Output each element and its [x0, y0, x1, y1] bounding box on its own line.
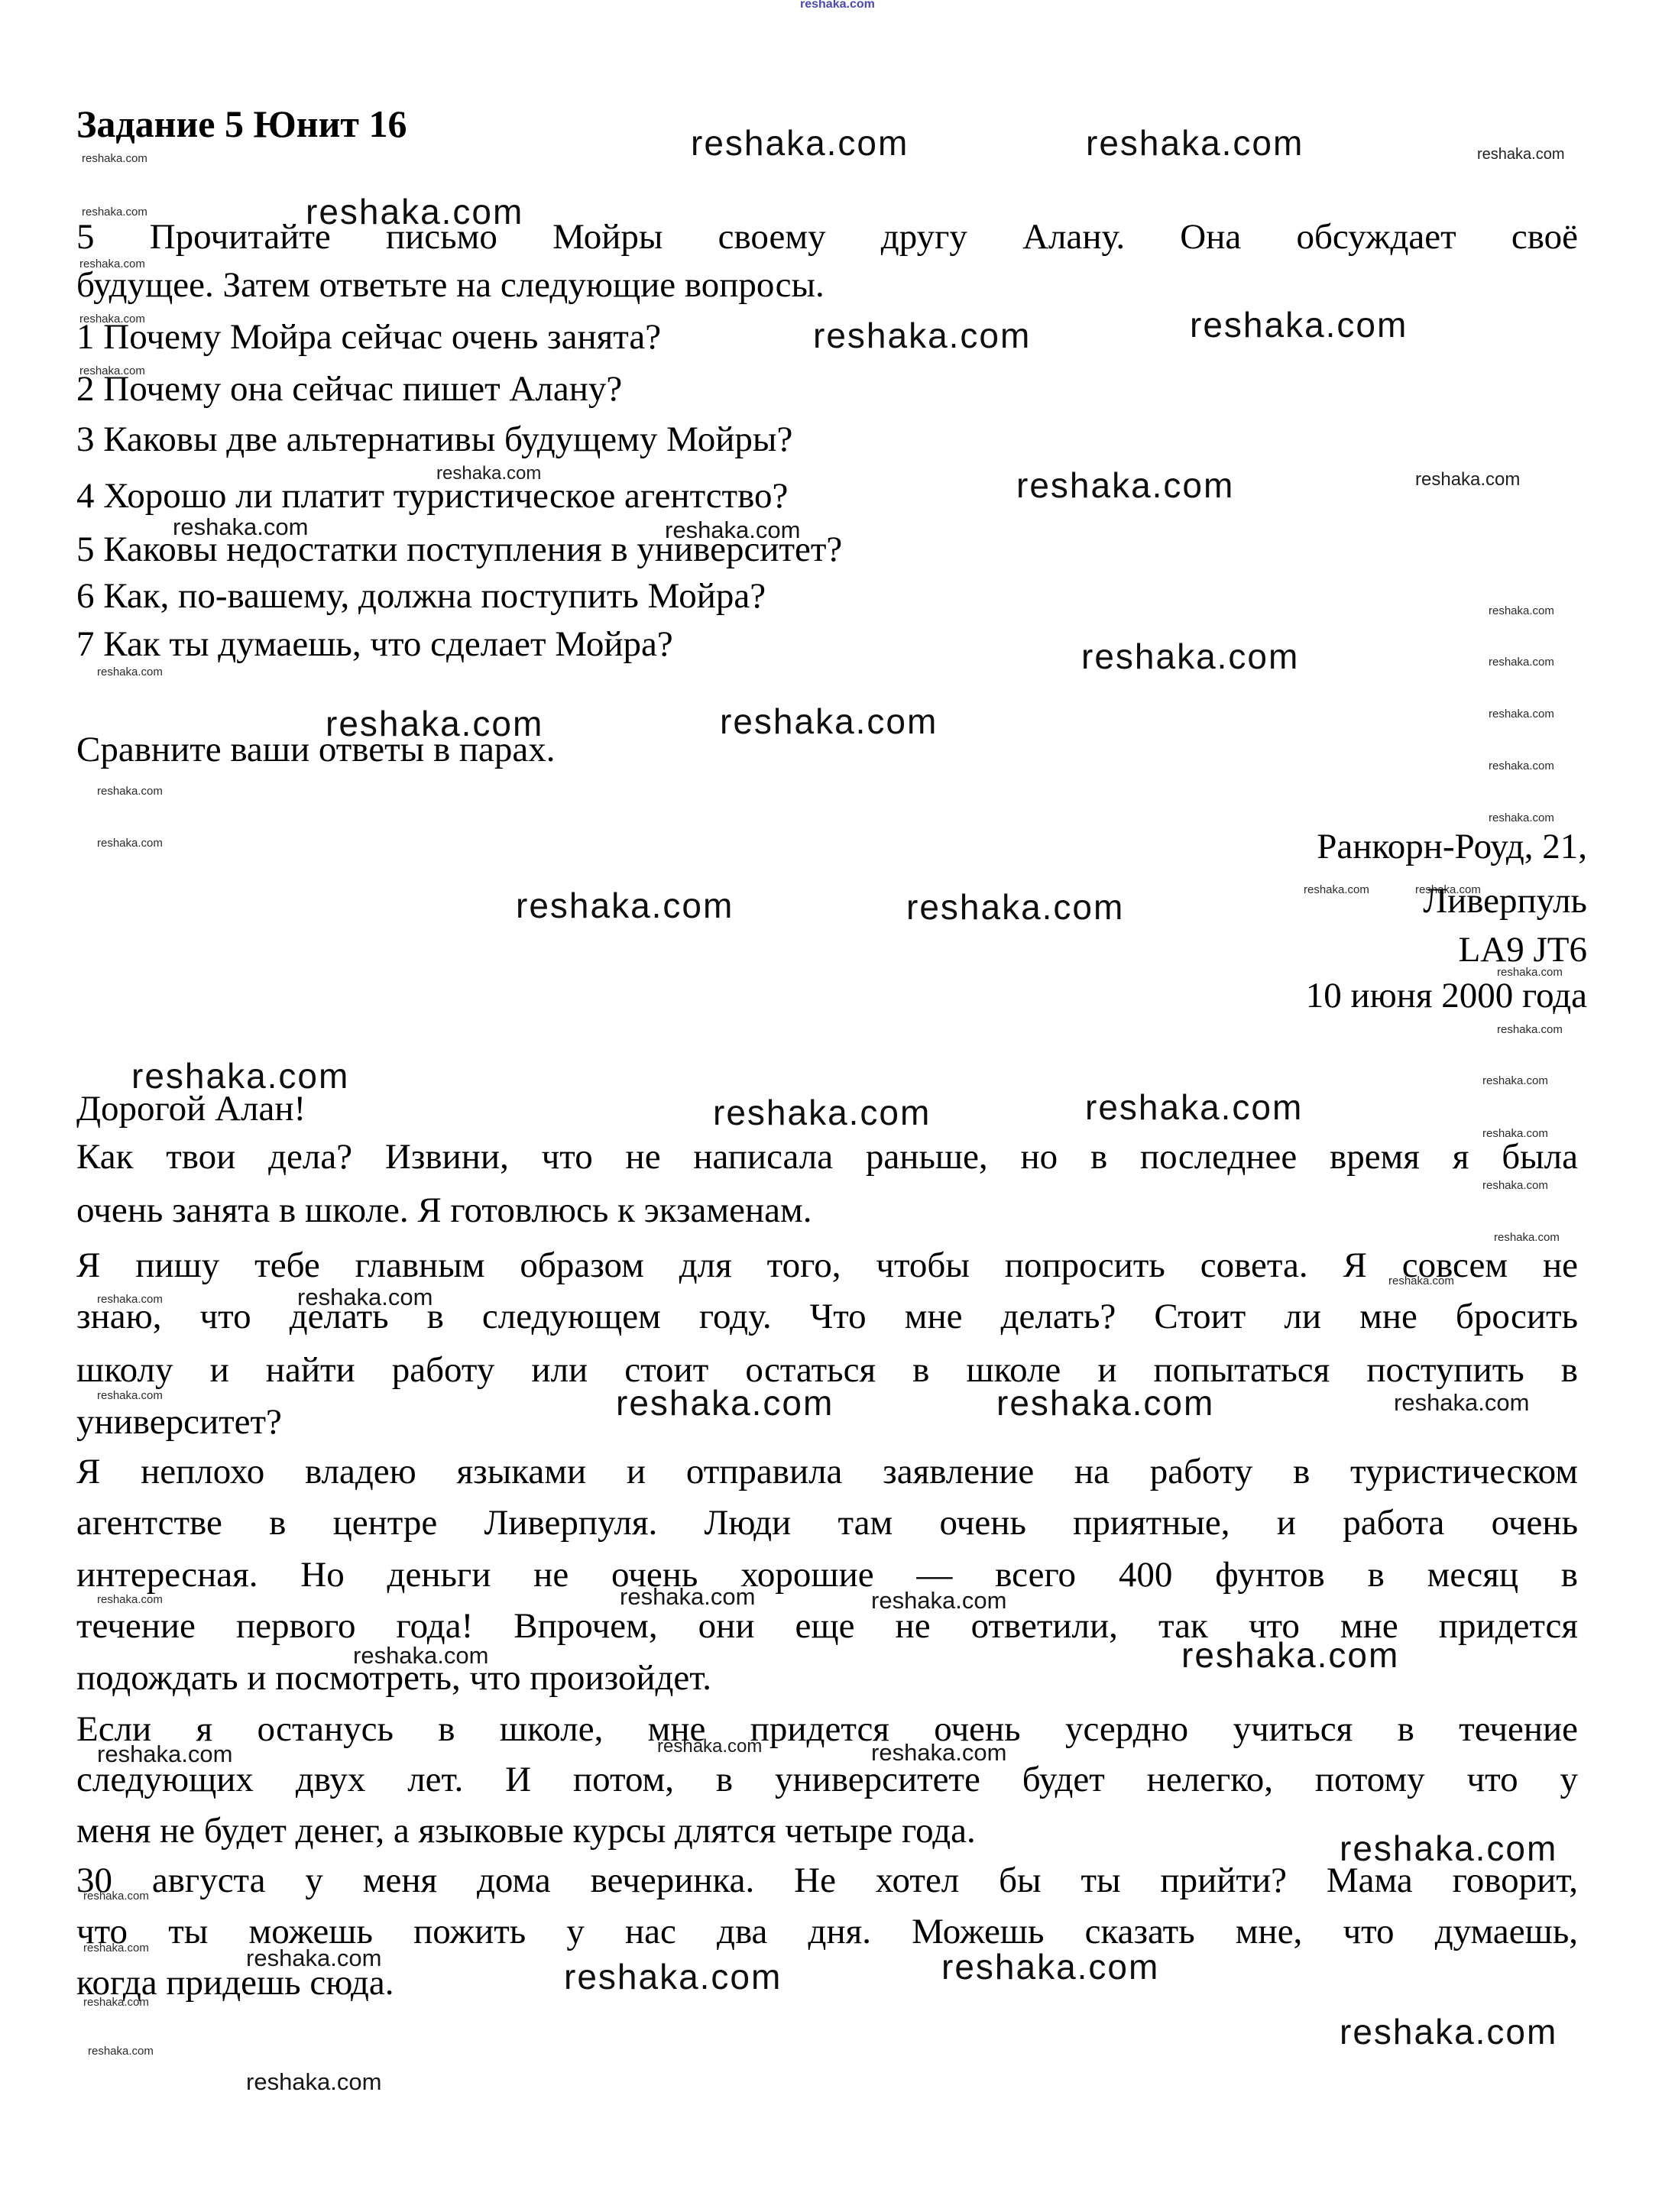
compare-note: Сравните ваши ответы в парах.	[76, 729, 1578, 770]
question-item: 4 Хорошо ли платит туристическое агентст…	[76, 475, 1578, 517]
question-item: 3 Каковы две альтернативы будущему Мойры…	[76, 419, 1578, 460]
letter-body-line: Если я останусь в школе, мне придется оч…	[76, 1708, 1578, 1750]
page-title: Задание 5 Юнит 16	[76, 102, 1578, 147]
letter-address-line: LA9 JT6	[76, 929, 1587, 970]
letter-body-line: меня не будет денег, а языковые курсы дл…	[76, 1810, 1578, 1851]
letter-body-line: очень занята в школе. Я готовлюсь к экза…	[76, 1190, 1578, 1231]
text-layer: Задание 5 Юнит 165 Прочитайте письмо Мой…	[0, 0, 1675, 2212]
letter-address-line: Ливерпуль	[76, 880, 1587, 921]
letter-body-line: что ты можешь пожить у нас два дня. Може…	[76, 1911, 1578, 1952]
document-page: reshaka.comreshaka.comreshaka.comreshaka…	[0, 0, 1675, 2212]
question-item: 6 Как, по-вашему, должна поступить Мойра…	[76, 575, 1578, 617]
letter-body-line: интересная. Но деньги не очень хорошие —…	[76, 1554, 1578, 1595]
letter-salutation: Дорогой Алан!	[76, 1088, 1578, 1129]
letter-body-line: школу и найти работу или стоит остаться …	[76, 1349, 1578, 1391]
letter-body-line: подождать и посмотреть, что произойдет.	[76, 1657, 1578, 1699]
letter-body-line: 30 августа у меня дома вечеринка. Не хот…	[76, 1860, 1578, 1901]
letter-body-line: Я пишу тебе главным образом для того, чт…	[76, 1245, 1578, 1286]
task-intro-line: 5 Прочитайте письмо Мойры своему другу А…	[76, 216, 1578, 257]
letter-body-line: следующих двух лет. И потом, в университ…	[76, 1759, 1578, 1800]
question-item: 7 Как ты думаешь, что сделает Мойра?	[76, 623, 1578, 665]
letter-body-line: течение первого года! Впрочем, они еще н…	[76, 1605, 1578, 1647]
letter-address-line: Ранкорн-Роуд, 21,	[76, 826, 1587, 867]
letter-body-line: университет?	[76, 1401, 1578, 1443]
question-item: 1 Почему Мойра сейчас очень занята?	[76, 316, 1578, 358]
letter-address-line: 10 июня 2000 года	[76, 975, 1587, 1016]
letter-body-line: знаю, что делать в следующем году. Что м…	[76, 1296, 1578, 1337]
letter-body-line: Как твои дела? Извини, что не написала р…	[76, 1136, 1578, 1177]
question-item: 5 Каковы недостатки поступления в универ…	[76, 529, 1578, 570]
letter-body-line: когда придешь сюда.	[76, 1962, 1578, 2003]
letter-body-line: агентстве в центре Ливерпуля. Люди там о…	[76, 1502, 1578, 1543]
letter-body-line: Я неплохо владею языками и отправила зая…	[76, 1451, 1578, 1492]
question-item: 2 Почему она сейчас пишет Алану?	[76, 368, 1578, 410]
task-intro-line: будущее. Затем ответьте на следующие воп…	[76, 264, 1578, 306]
